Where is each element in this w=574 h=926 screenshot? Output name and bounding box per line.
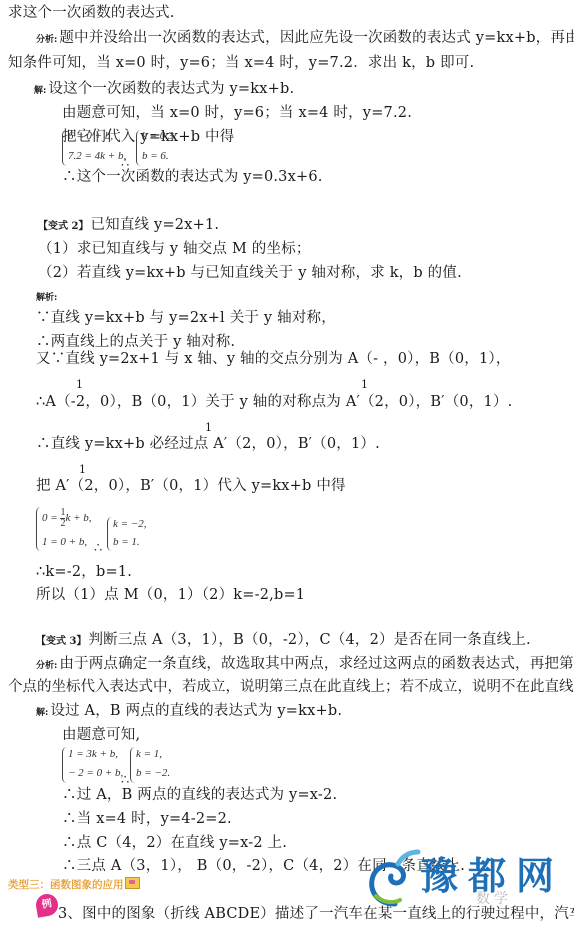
variant-2-step-1: ∵直线 y=kx+b 与 y=2x+l 关于 y 轴对称， <box>36 309 336 327</box>
variant-2-step-6: 把 A′（2，0），B′（0，1）代入 y=kx+b 中得 <box>36 477 346 495</box>
variant-3-tag: 【变式 3】 <box>36 636 86 647</box>
fraction-numerator: 1 <box>76 378 83 391</box>
equation: b = 1. <box>113 536 140 549</box>
therefore-symbol: ∴ <box>121 773 129 786</box>
variant-3-question: 【变式 3】判断三点 A（3，1），B（0，-2），C（4，2）是否在同一条直线… <box>36 631 531 651</box>
section-title: 类型三：函数图象的应用 <box>8 877 140 892</box>
variant-3-text: 判断三点 A（3，1），B（0，-2），C（4，2）是否在同一条直线上. <box>88 632 530 648</box>
analysis-tag: 分析: <box>36 35 57 45</box>
variant-2-step-2: ∴两直线上的点关于 y 轴对称. <box>36 333 235 351</box>
variant-2-step-3: 又∵直线 y=2x+1 与 x 轴、y 轴的交点分别为 A（- ，0），B（0，… <box>36 350 511 368</box>
solution-tag: 解: <box>36 708 48 718</box>
equation-system-1: 6 = 0 + b, 7.2 = 4k + b, ∴ k = 0.3, b = … <box>62 128 262 170</box>
equation: b = −2. <box>136 767 170 780</box>
variant-2-step-7: ∴k=-2，b=1. <box>36 563 132 581</box>
solution-1-line-2: 由题意可知，当 x=0 时，y=6；当 x=4 时，y=7.2. <box>62 104 412 122</box>
analysis-tag: 解析: <box>36 293 57 303</box>
variant-2-text: 已知直线 y=2x+1. <box>90 217 219 233</box>
fraction-numerator: 1 <box>79 463 86 476</box>
equation: k = −2, <box>113 518 146 531</box>
variant-2-answer: 所以（1）点 M（0，1）（2）k=-2,b=1 <box>36 586 305 604</box>
therefore-symbol: ∴ <box>94 541 102 554</box>
analysis-text: 由于两点确定一条直线，故选取其中两点，求经过这两点的函数表达式，再把第三 <box>59 656 574 672</box>
equation: b = 6. <box>142 150 169 163</box>
equation: 0 = 12k + b, <box>42 508 92 529</box>
variant-2-question: 【变式 2】已知直线 y=2x+1. <box>38 216 219 236</box>
solution-1-line-1: 解:设这个一次函数的表达式为 y=kx+b. <box>34 80 294 100</box>
fraction-numerator: 1 <box>205 421 212 434</box>
equation-part: 0 = <box>42 512 60 524</box>
variant-3-step-2: ∴当 x=4 时，y=4-2=2. <box>62 810 232 828</box>
example-badge: 例 <box>34 892 59 917</box>
analysis-tag: 分析: <box>36 661 57 671</box>
equation: k = 0.3, <box>142 130 176 143</box>
variant-3-step-1: ∴过 A，B 两点的直线的表达式为 y=x-2. <box>62 786 337 804</box>
intro-line: 求这个一次函数的表达式. <box>8 4 175 22</box>
equation: − 2 = 0 + b, <box>68 767 123 780</box>
equation: 1 = 0 + b, <box>42 536 87 549</box>
equation: 1 = 3k + b, <box>68 748 118 761</box>
variant-3-solution-line-1: 解:设过 A，B 两点的直线的表达式为 y=kx+b. <box>36 702 342 722</box>
variant-2-step-4: ∴A（-2，0），B（0，1）关于 y 轴的对称点为 A′（2，0），B′（0，… <box>36 393 513 411</box>
variant-3-step-3: ∴点 C（4，2）在直线 y=x-2 上. <box>62 834 287 852</box>
solution-tag: 解: <box>34 86 46 96</box>
analysis-1-line-2: 知条件可知，当 x=0 时，y=6；当 x=4 时，y=7.2．求出 k，b 即… <box>8 54 474 72</box>
watermark: 豫都网 数学 <box>368 848 568 910</box>
folder-icon[interactable] <box>125 877 140 889</box>
equation: 6 = 0 + b, <box>68 130 113 143</box>
equation: k = 1, <box>136 748 162 761</box>
solution-text: 设过 A，B 两点的直线的表达式为 y=kx+b. <box>50 703 342 719</box>
equation-part: k + b, <box>65 512 91 524</box>
fraction-numerator: 1 <box>361 378 368 391</box>
variant-2-step-5: ∴直线 y=kx+b 必经过点 A′（2，0），B′（0，1）. <box>36 435 380 453</box>
solution-1-result: ∴这个一次函数的表达式为 y=0.3x+6. <box>62 168 323 186</box>
variant-3-solution-line-2: 由题意可知, <box>62 726 140 744</box>
equation-system-2: 0 = 12k + b, 1 = 0 + b, ∴ k = −2, b = 1. <box>36 505 236 555</box>
variant-2-subquestion-1: （1）求已知直线与 y 轴交点 M 的坐标； <box>38 240 311 258</box>
variant-3-analysis-line-2: 个点的坐标代入表达式中，若成立，说明第三点在此直线上；若不成立，说明不在此直线上… <box>8 678 574 696</box>
equation: 7.2 = 4k + b, <box>68 150 126 163</box>
section-title-text: 类型三：函数图象的应用 <box>8 879 124 891</box>
swirl-logo-icon <box>368 848 422 908</box>
watermark-subtext: 数学 <box>476 888 512 908</box>
analysis-1-line-1: 分析:题中并没给出一次函数的表达式，因此应先设一次函数的表达式 y=kx+b，再… <box>36 29 574 49</box>
variant-2-tag: 【变式 2】 <box>38 221 88 232</box>
analysis-1-text: 题中并没给出一次函数的表达式，因此应先设一次函数的表达式 y=kx+b，再由已 <box>59 30 574 46</box>
variant-2-analysis-tag: 解析: <box>36 287 59 307</box>
variant-2-subquestion-2: （2）若直线 y=kx+b 与已知直线关于 y 轴对称，求 k，b 的值. <box>38 264 462 282</box>
variant-3-analysis-line-1: 分析:由于两点确定一条直线，故选取其中两点，求经过这两点的函数表达式，再把第三 <box>36 655 574 675</box>
solution-1-text: 设这个一次函数的表达式为 y=kx+b. <box>48 81 294 97</box>
equation-system-3: 1 = 3k + b, − 2 = 0 + b, ∴ k = 1, b = −2… <box>62 746 262 788</box>
